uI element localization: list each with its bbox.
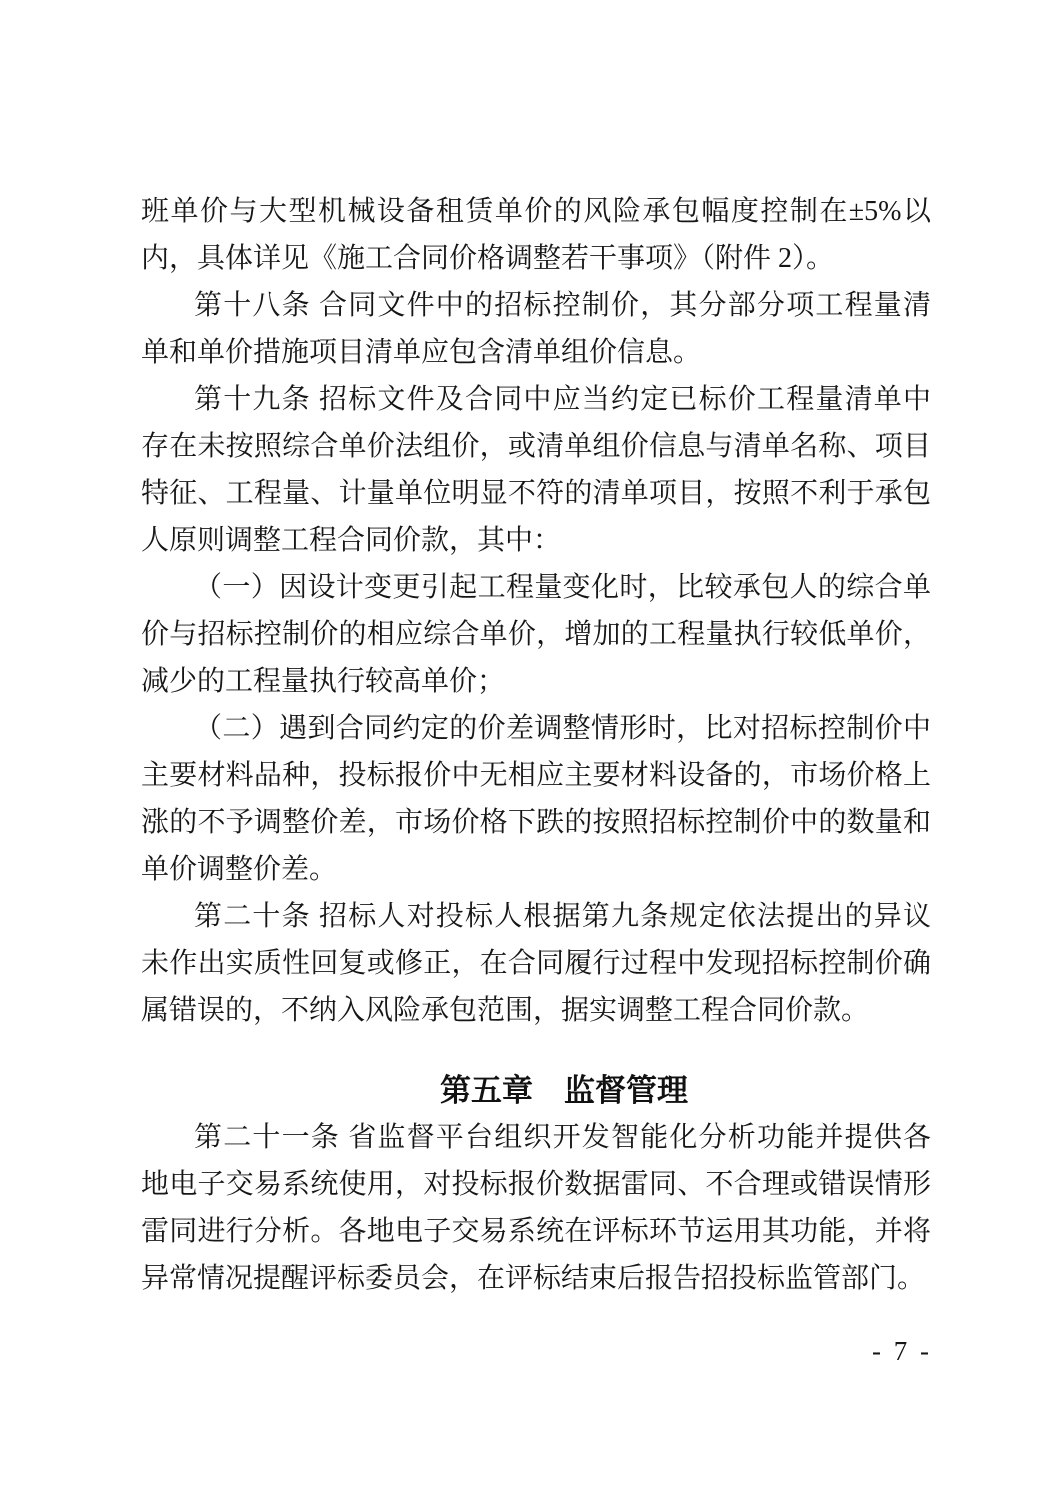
text-line: 存在未按照综合单价法组价，或清单组价信息与清单名称、项目 — [141, 423, 931, 470]
text-line: 未作出实质性回复或修正，在合同履行过程中发现招标控制价确 — [141, 940, 931, 987]
text-line-article-19: 第十九条 招标文件及合同中应当约定已标价工程量清单中 — [141, 376, 931, 423]
text-line: 属错误的，不纳入风险承包范围，据实调整工程合同价款。 — [141, 987, 931, 1034]
document-text-block: 班单价与大型机械设备租赁单价的风险承包幅度控制在±5%以 内，具体详见《施工合同… — [141, 188, 931, 1302]
text-line: 单和单价措施项目清单应包含清单组价信息。 — [141, 329, 931, 376]
text-line: 人原则调整工程合同价款，其中： — [141, 517, 931, 564]
text-line-item-2: （二）遇到合同约定的价差调整情形时，比对招标控制价中 — [141, 705, 931, 752]
document-page: 班单价与大型机械设备租赁单价的风险承包幅度控制在±5%以 内，具体详见《施工合同… — [0, 0, 1060, 1500]
chapter-heading: 第五章 监督管理 — [197, 1067, 931, 1114]
text-line: 涨的不予调整价差，市场价格下跌的按照招标控制价中的数量和 — [141, 799, 931, 846]
text-line: 价与招标控制价的相应综合单价，增加的工程量执行较低单价， — [141, 611, 931, 658]
text-line-item-1: （一）因设计变更引起工程量变化时，比较承包人的综合单 — [141, 564, 931, 611]
text-line: 主要材料品种，投标报价中无相应主要材料设备的，市场价格上 — [141, 752, 931, 799]
text-line: 雷同进行分析。各地电子交易系统在评标环节运用其功能，并将 — [141, 1208, 931, 1255]
text-line-article-20: 第二十条 招标人对投标人根据第九条规定依法提出的异议 — [141, 893, 931, 940]
text-line: 减少的工程量执行较高单价； — [141, 658, 931, 705]
text-line-article-21: 第二十一条 省监督平台组织开发智能化分析功能并提供各 — [141, 1114, 931, 1161]
text-line: 单价调整价差。 — [141, 846, 931, 893]
text-line: 班单价与大型机械设备租赁单价的风险承包幅度控制在±5%以 — [141, 188, 931, 235]
text-line: 异常情况提醒评标委员会，在评标结束后报告招投标监管部门。 — [141, 1255, 931, 1302]
text-line: 地电子交易系统使用，对投标报价数据雷同、不合理或错误情形 — [141, 1161, 931, 1208]
text-line-article-18: 第十八条 合同文件中的招标控制价，其分部分项工程量清 — [141, 282, 931, 329]
page-number: - 7 - — [872, 1336, 932, 1367]
text-line: 内，具体详见《施工合同价格调整若干事项》（附件 2）。 — [141, 235, 931, 282]
text-line: 特征、工程量、计量单位明显不符的清单项目，按照不利于承包 — [141, 470, 931, 517]
